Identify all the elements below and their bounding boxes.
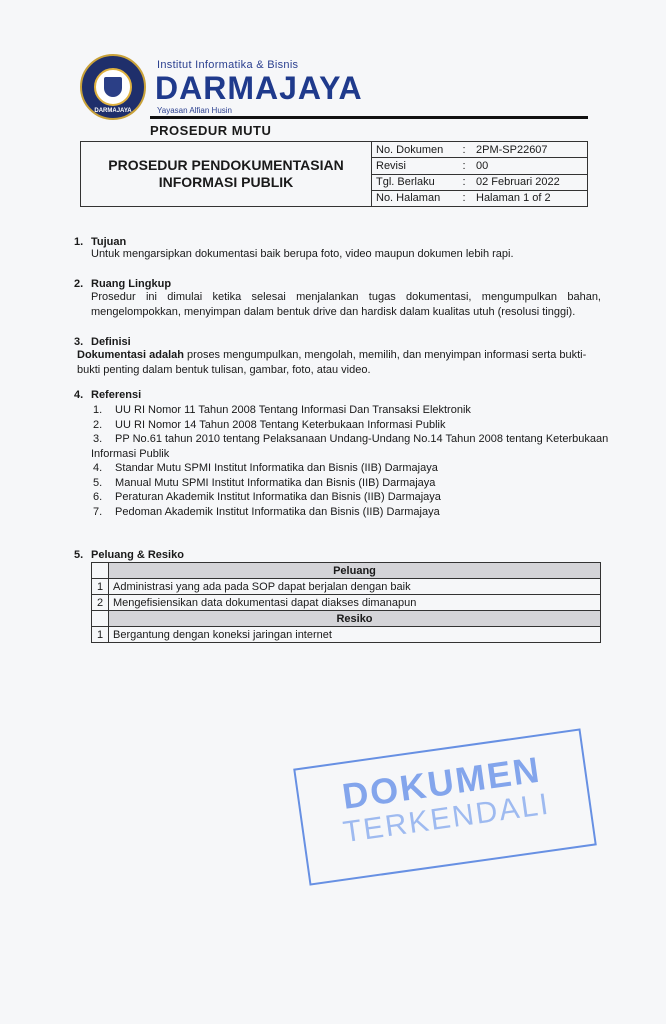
reference-number: 6. <box>91 490 112 505</box>
index-cell <box>92 611 109 627</box>
reference-text: Manual Mutu SPMI Institut Informatika da… <box>112 477 435 489</box>
meta-key: No. Halaman <box>372 192 452 204</box>
meta-value: 2PM-SP22607 <box>476 144 587 156</box>
meta-separator: : <box>452 160 476 172</box>
section-ruang-text: Prosedur ini dimulai ketika selesai menj… <box>91 290 601 320</box>
index-cell <box>92 563 109 579</box>
reference-number: 1. <box>91 403 112 418</box>
reference-number: 2. <box>91 418 112 433</box>
meta-value: 02 Februari 2022 <box>476 176 587 188</box>
document-meta: No. Dokumen:2PM-SP22607Revisi:00Tgl. Ber… <box>372 142 587 206</box>
institution-logo: DARMAJAYA <box>80 54 146 120</box>
meta-row: No. Dokumen:2PM-SP22607 <box>372 142 587 158</box>
foundation-name: Yayasan Alfian Husin <box>157 106 232 115</box>
header-cell: Resiko <box>109 611 601 627</box>
reference-text: Peraturan Akademik Institut Informatika … <box>112 491 441 503</box>
index-cell: 1 <box>92 579 109 595</box>
section-peluang-heading: 5.Peluang & Resiko <box>74 548 184 562</box>
section-title: Definisi <box>91 336 131 348</box>
text-cell: Bergantung dengan koneksi jaringan inter… <box>109 627 601 643</box>
table-row: 2Mengefisiensikan data dokumentasi dapat… <box>92 595 601 611</box>
section-ruang-heading: 2.Ruang Lingkup <box>74 277 171 291</box>
section-number: 2. <box>74 277 91 291</box>
section-tujuan-text: Untuk mengarsipkan dokumentasi baik beru… <box>91 247 601 262</box>
meta-row: Tgl. Berlaku:02 Februari 2022 <box>372 175 587 191</box>
reference-number: 7. <box>91 505 112 520</box>
meta-separator: : <box>452 144 476 156</box>
index-cell: 2 <box>92 595 109 611</box>
text-cell: Mengefisiensikan data dokumentasi dapat … <box>109 595 601 611</box>
section-number: 4. <box>74 388 91 402</box>
meta-value: 00 <box>476 160 587 172</box>
reference-item: 3. PP No.61 tahun 2010 tentang Pelaksana… <box>91 432 611 461</box>
document-header-table: PROSEDUR PENDOKUMENTASIAN INFORMASI PUBL… <box>80 141 588 207</box>
brand-name: DARMAJAYA <box>155 71 363 105</box>
reference-text: PP No.61 tahun 2010 tentang Pelaksanaan … <box>91 433 608 460</box>
shield-icon <box>104 77 122 97</box>
meta-key: Tgl. Berlaku <box>372 176 452 188</box>
document-title-line1: PROSEDUR PENDOKUMENTASIAN <box>108 157 343 174</box>
meta-key: No. Dokumen <box>372 144 452 156</box>
meta-separator: : <box>452 176 476 188</box>
meta-row: Revisi:00 <box>372 158 587 174</box>
meta-key: Revisi <box>372 160 452 172</box>
index-cell: 1 <box>92 627 109 643</box>
definition-term: Dokumentasi adalah <box>77 349 184 361</box>
table-header-row: Peluang <box>92 563 601 579</box>
reference-item: 5. Manual Mutu SPMI Institut Informatika… <box>91 476 611 491</box>
table-row: 1Administrasi yang ada pada SOP dapat be… <box>92 579 601 595</box>
section-definisi-heading: 3.Definisi <box>74 335 131 349</box>
section-title: Ruang Lingkup <box>91 278 171 290</box>
header-divider <box>150 116 588 119</box>
meta-row: No. Halaman:Halaman 1 of 2 <box>372 191 587 206</box>
reference-item: 7. Pedoman Akademik Institut Informatika… <box>91 505 611 520</box>
reference-item: 2. UU RI Nomor 14 Tahun 2008 Tentang Ket… <box>91 418 611 433</box>
section-number: 1. <box>74 235 91 249</box>
section-label: PROSEDUR MUTU <box>150 123 271 138</box>
reference-number: 3. <box>91 432 112 447</box>
section-number: 3. <box>74 335 91 349</box>
logo-ring-text: DARMAJAYA <box>82 108 144 114</box>
section-title: Peluang & Resiko <box>91 549 184 561</box>
header-cell: Peluang <box>109 563 601 579</box>
section-number: 5. <box>74 548 91 562</box>
document-title-line2: INFORMASI PUBLIK <box>159 174 294 191</box>
section-referensi-heading: 4.Referensi <box>74 388 141 402</box>
reference-text: UU RI Nomor 11 Tahun 2008 Tentang Inform… <box>112 404 471 416</box>
reference-number: 4. <box>91 461 112 476</box>
reference-text: Standar Mutu SPMI Institut Informatika d… <box>112 462 438 474</box>
meta-separator: : <box>452 192 476 204</box>
table-header-row: Resiko <box>92 611 601 627</box>
section-title: Referensi <box>91 389 141 401</box>
meta-value: Halaman 1 of 2 <box>476 192 587 204</box>
table-row: 1Bergantung dengan koneksi jaringan inte… <box>92 627 601 643</box>
controlled-document-stamp: DOKUMEN TERKENDALI <box>293 728 597 885</box>
reference-text: Pedoman Akademik Institut Informatika da… <box>112 506 440 518</box>
reference-list: 1. UU RI Nomor 11 Tahun 2008 Tentang Inf… <box>91 403 611 519</box>
reference-item: 4. Standar Mutu SPMI Institut Informatik… <box>91 461 611 476</box>
reference-number: 5. <box>91 476 112 491</box>
document-title: PROSEDUR PENDOKUMENTASIAN INFORMASI PUBL… <box>81 142 372 206</box>
reference-item: 6. Peraturan Akademik Institut Informati… <box>91 490 611 505</box>
reference-item: 1. UU RI Nomor 11 Tahun 2008 Tentang Inf… <box>91 403 611 418</box>
section-definisi-text: Dokumentasi adalah proses mengumpulkan, … <box>77 348 602 378</box>
peluang-resiko-table: Peluang1Administrasi yang ada pada SOP d… <box>91 562 601 643</box>
text-cell: Administrasi yang ada pada SOP dapat ber… <box>109 579 601 595</box>
reference-text: UU RI Nomor 14 Tahun 2008 Tentang Keterb… <box>112 419 445 431</box>
